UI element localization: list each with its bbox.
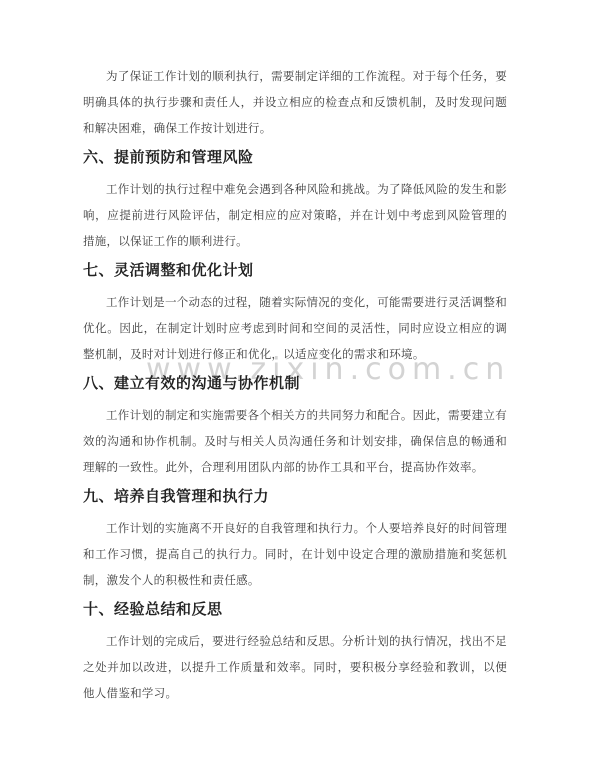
section-heading: 十、经验总结和反思: [83, 600, 507, 620]
section-self-management: 九、培养自我管理和执行力 工作计划的实施离不开良好的自我管理和执行力。个人要培养…: [83, 487, 507, 594]
section-experience-summary: 十、经验总结和反思 工作计划的完成后，要进行经验总结和反思。分析计划的执行情况，…: [83, 600, 507, 707]
section-paragraph: 工作计划的执行过程中难免会遇到各种风险和挑战。为了降低风险的发生和影响，应提前进…: [83, 177, 507, 255]
section-risk-management: 六、提前预防和管理风险 工作计划的执行过程中难免会遇到各种风险和挑战。为了降低风…: [83, 148, 507, 255]
section-heading: 八、建立有效的沟通与协作机制: [83, 374, 507, 394]
section-paragraph: 工作计划的制定和实施需要各个相关方的共同努力和配合。因此，需要建立有效的沟通和协…: [83, 403, 507, 481]
intro-paragraph: 为了保证工作计划的顺利执行，需要制定详细的工作流程。对于每个任务，要明确具体的执…: [83, 64, 507, 142]
section-flexible-adjustment: 七、灵活调整和优化计划 工作计划是一个动态的过程，随着实际情况的变化，可能需要进…: [83, 261, 507, 368]
section-heading: 九、培养自我管理和执行力: [83, 487, 507, 507]
document-content: 为了保证工作计划的顺利执行，需要制定详细的工作流程。对于每个任务，要明确具体的执…: [83, 64, 507, 707]
section-heading: 七、灵活调整和优化计划: [83, 261, 507, 281]
document-page: www.zixin.com.cn 为了保证工作计划的顺利执行，需要制定详细的工作…: [0, 0, 600, 776]
section-heading: 六、提前预防和管理风险: [83, 148, 507, 168]
section-communication-mechanism: 八、建立有效的沟通与协作机制 工作计划的制定和实施需要各个相关方的共同努力和配合…: [83, 374, 507, 481]
section-paragraph: 工作计划的完成后，要进行经验总结和反思。分析计划的执行情况，找出不足之处并加以改…: [83, 629, 507, 707]
section-paragraph: 工作计划的实施离不开良好的自我管理和执行力。个人要培养良好的时间管理和工作习惯，…: [83, 516, 507, 594]
section-paragraph: 工作计划是一个动态的过程，随着实际情况的变化，可能需要进行灵活调整和优化。因此，…: [83, 290, 507, 368]
